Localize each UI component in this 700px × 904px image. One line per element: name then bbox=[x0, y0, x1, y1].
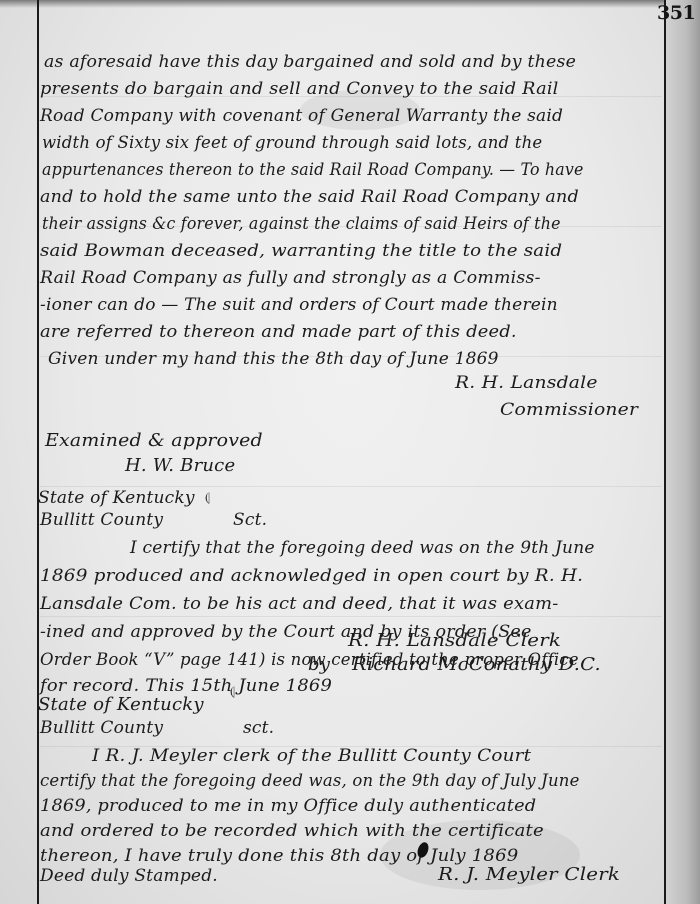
deed-line: said Bowman deceased, warranting the tit… bbox=[40, 241, 562, 261]
cert2-clerk-signature: R. J. Meyler Clerk bbox=[438, 864, 620, 885]
brace-icon: ⦇ bbox=[230, 688, 240, 696]
page-top-shadow bbox=[0, 0, 700, 8]
cert2-line: thereon, I have truly done this 8th day … bbox=[40, 846, 518, 866]
deed-line: appurtenances thereon to the said Rail R… bbox=[42, 160, 584, 180]
cert1-clerk-signature: R. H. Lansdale Clerk bbox=[348, 630, 561, 651]
deed-line: as aforesaid have this day bargained and… bbox=[44, 52, 576, 72]
commissioner-signature: R. H. Lansdale bbox=[455, 373, 598, 393]
cert1-state: State of Kentucky bbox=[38, 488, 195, 508]
cert1-deputy-signature: Richard McConathy D.C. bbox=[352, 654, 601, 675]
deed-line: presents do bargain and sell and Convey … bbox=[40, 79, 559, 99]
brace-icon: ⦇ bbox=[205, 494, 215, 502]
cert1-county: Bullitt County bbox=[40, 510, 163, 530]
right-margin-rule bbox=[664, 0, 666, 904]
cert2-state: State of Kentucky bbox=[38, 694, 204, 715]
cert1-deputy-prefix: by bbox=[308, 654, 330, 675]
deed-line: their assigns &c forever, against the cl… bbox=[42, 214, 561, 234]
cert2-line: Deed duly Stamped. bbox=[40, 866, 218, 886]
deed-line: Rail Road Company as fully and strongly … bbox=[40, 268, 541, 288]
ruled-line bbox=[40, 616, 662, 617]
cert2-county: Bullitt County bbox=[40, 718, 163, 738]
left-margin-rule bbox=[37, 0, 39, 904]
cert2-line: and ordered to be recorded which with th… bbox=[40, 821, 544, 841]
approval-label: Examined & approved bbox=[45, 430, 263, 451]
approval-signature: H. W. Bruce bbox=[125, 455, 235, 476]
deed-line: and to hold the same unto the said Rail … bbox=[40, 187, 579, 207]
deed-line: Road Company with covenant of General Wa… bbox=[40, 106, 563, 126]
cert2-line: I R. J. Meyler clerk of the Bullitt Coun… bbox=[92, 746, 531, 766]
deed-line: -ioner can do — The suit and orders of C… bbox=[40, 295, 558, 315]
ledger-page: 351 as aforesaid have this day bargained… bbox=[0, 0, 700, 904]
deed-line: are referred to thereon and made part of… bbox=[40, 322, 517, 342]
deed-line: width of Sixty six feet of ground throug… bbox=[42, 133, 542, 153]
cert1-line: for record. This 15th June 1869 bbox=[40, 676, 332, 696]
cert2-line: 1869, produced to me in my Office duly a… bbox=[40, 796, 536, 816]
page-number: 351 bbox=[657, 2, 695, 24]
cert1-line: I certify that the foregoing deed was on… bbox=[130, 538, 595, 558]
cert1-line: 1869 produced and acknowledged in open c… bbox=[40, 566, 583, 586]
cert2-line: certify that the foregoing deed was, on … bbox=[40, 771, 580, 791]
commissioner-title: Commissioner bbox=[500, 400, 638, 420]
cert2-sct: sct. bbox=[243, 718, 274, 738]
ruled-line bbox=[40, 486, 662, 487]
deed-line: Given under my hand this the 8th day of … bbox=[48, 349, 499, 369]
page-right-edge bbox=[666, 0, 700, 904]
cert1-line: Lansdale Com. to be his act and deed, th… bbox=[40, 594, 558, 614]
cert1-sct: Sct. bbox=[233, 510, 267, 530]
